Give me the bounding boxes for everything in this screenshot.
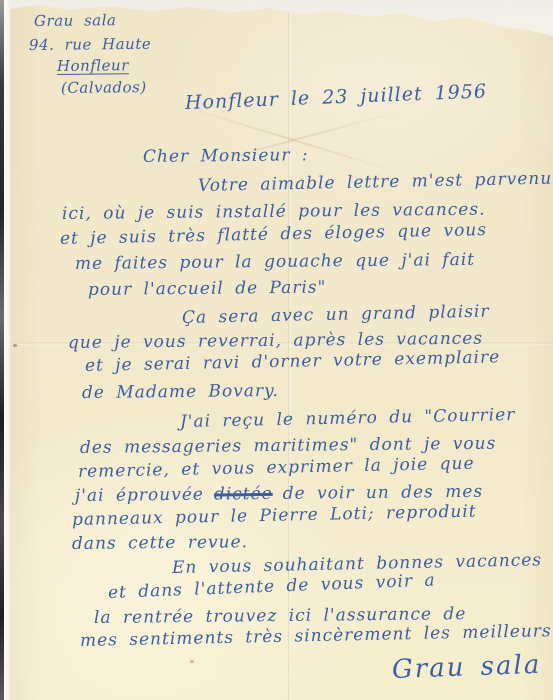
paper-speck xyxy=(190,660,194,663)
dateline: Honfleur le 23 juillet 1956 xyxy=(185,80,488,114)
body-line: remercie, et vous exprimer la joie que xyxy=(78,454,475,482)
body-line: me faites pour la gouache que j'ai fait xyxy=(75,250,475,274)
letter-sheet: Grau sala 94. rue Haute Honfleur (Calvad… xyxy=(10,0,553,700)
crossed-out-word: dictée xyxy=(214,484,273,505)
body-line: dans cette revue. xyxy=(72,532,248,554)
body-line: pour l'accueil de Paris" xyxy=(88,278,327,300)
paper-speck xyxy=(13,344,17,347)
sender-address: 94. rue Haute xyxy=(29,35,151,54)
sender-region: (Calvados) xyxy=(61,78,147,97)
line-text: j'ai éprouvée xyxy=(75,485,204,506)
body-line: ici, où je suis installé pour les vacanc… xyxy=(62,200,486,224)
body-line: et je suis très flatté des éloges que vo… xyxy=(60,220,487,249)
body-line: de Madame Bovary. xyxy=(82,381,279,403)
sender-city: Honfleur xyxy=(57,56,129,75)
line-text: de voir un des mes xyxy=(283,482,484,504)
body-line: Votre aimable lettre m'est parvenue xyxy=(198,168,553,196)
salutation: Cher Monsieur : xyxy=(143,145,309,167)
letter-photo: Grau sala 94. rue Haute Honfleur (Calvad… xyxy=(0,0,553,700)
sender-name: Grau sala xyxy=(34,11,117,30)
signature: Grau sala xyxy=(391,650,541,685)
body-line: panneaux pour le Pierre Loti; reproduit xyxy=(72,502,477,530)
paper-side-edge xyxy=(4,0,10,700)
body-line: J'ai reçu le numéro du "Courrier xyxy=(180,405,516,432)
body-line: Ça sera avec un grand plaisir xyxy=(182,302,490,328)
